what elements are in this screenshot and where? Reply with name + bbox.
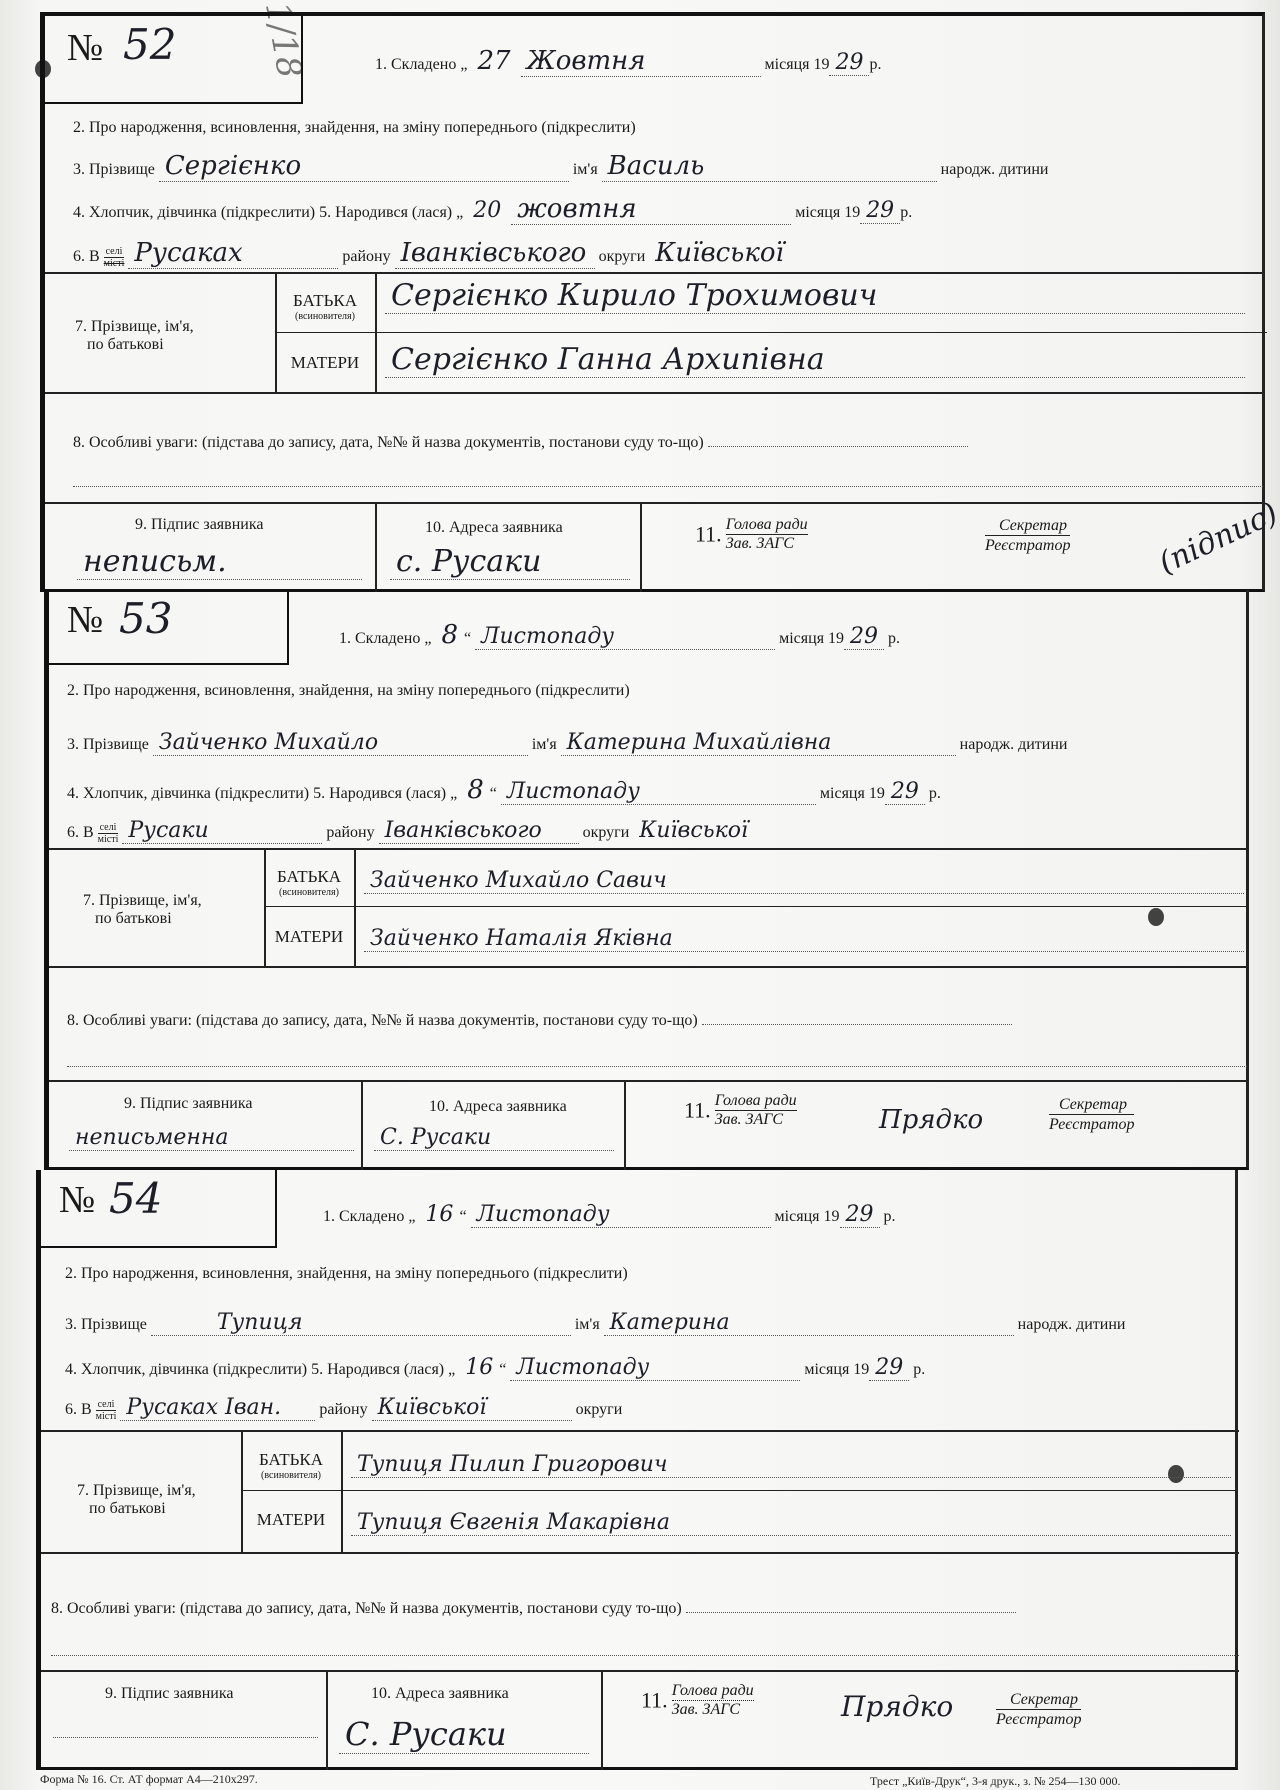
child-first-name: Катерина <box>604 1310 736 1335</box>
official-signature: Прядко <box>841 1690 953 1723</box>
form-footer-left: Форма № 16. Ст. АТ формат А4—210x297. <box>40 1772 258 1787</box>
applicant-signature-label: 9. Підпис заявника <box>105 1685 233 1703</box>
district: Іванківського <box>379 818 548 843</box>
compiled-year: 29 <box>829 50 869 76</box>
village: Русаки <box>122 818 214 843</box>
official-block: 11. Голова радиЗав. ЗАГС <box>695 516 808 553</box>
born-day: 20 <box>467 198 507 223</box>
record-number: 53 <box>119 594 172 643</box>
compiled-day: 8 <box>435 620 464 650</box>
father-label: БАТЬКА (всиновителя) <box>266 867 352 898</box>
official-signature: (підпис) <box>1154 496 1280 581</box>
official-block: 11. Голова радиЗав. ЗАГС <box>684 1092 797 1129</box>
father-label: БАТЬКА (всиновителя) <box>277 291 373 322</box>
field-sex-birth: 4. Хлопчик, дівчинка (підкреслити) 5. На… <box>65 1355 925 1381</box>
okrug: Київської <box>649 238 790 268</box>
mother-name: Тупиця Євгенія Макарівна <box>351 1510 1231 1536</box>
born-year: 29 <box>869 1355 909 1381</box>
field-remarks: 8. Особливі уваги: (підстава до запису, … <box>67 1012 1012 1030</box>
record-number: 54 <box>109 1174 162 1223</box>
district: Київської <box>372 1395 493 1420</box>
child-first-name: Василь <box>602 151 711 181</box>
district: Іванківського <box>395 238 593 268</box>
born-day: 8 <box>461 775 490 805</box>
field-event-type: 2. Про народження, всиновлення, знайденн… <box>65 1265 628 1283</box>
number-sign: № <box>67 598 103 642</box>
mother-label: МАТЕРИ <box>243 1510 339 1530</box>
applicant-address: с. Русаки <box>390 544 630 580</box>
secretary-block: Секретар Реєстратор <box>996 1690 1081 1729</box>
applicant-address: С. Русаки <box>374 1125 614 1151</box>
child-surname: Тупиця <box>211 1310 309 1335</box>
field-names: 3. Прізвище Сергієнко ім'я Василь народж… <box>73 151 1048 182</box>
field-sex-birth: 4. Хлопчик, дівчинка (підкреслити) 5. На… <box>67 775 941 805</box>
father-name: Сергієнко Кирило Трохимович <box>385 278 1245 314</box>
record-number-box: № 54 <box>41 1170 277 1248</box>
compiled-month: Листопаду <box>475 624 620 649</box>
record-number-box: № 53 <box>49 590 289 665</box>
okrug: Київської <box>633 818 754 843</box>
born-month: Листопаду <box>510 1355 655 1380</box>
compiled-month: Листопаду <box>471 1202 616 1227</box>
mother-name: Сергієнко Ганна Архипівна <box>385 342 1245 378</box>
child-surname: Зайченко Михайло <box>153 730 384 755</box>
applicant-signature: неписьм. <box>77 544 362 580</box>
document-page: 1/18 № 52 1. Складено „ 27 Жовтня місяця… <box>0 0 1280 1790</box>
compiled-year: 29 <box>844 624 884 650</box>
form-footer-right: Трест „Київ-Друк“, 3-я друк., з. № 254—1… <box>870 1774 1120 1789</box>
compiled-day: 27 <box>471 46 516 76</box>
born-day: 16 <box>459 1355 499 1380</box>
record-number: 52 <box>123 20 176 69</box>
official-signature: Прядко <box>879 1105 983 1135</box>
field-compiled: 1. Складено „ 16“ Листопаду місяця 1929 … <box>323 1202 896 1228</box>
field-remarks: 8. Особливі уваги: (підстава до запису, … <box>51 1600 1016 1618</box>
child-first-name: Катерина Михайлівна <box>561 730 838 755</box>
applicant-signature-label: 9. Підпис заявника <box>135 516 263 534</box>
compiled-year: 29 <box>840 1202 880 1228</box>
okrug <box>622 1395 634 1420</box>
village: Русаках <box>128 238 248 268</box>
secretary-block: Секретар Реєстратор <box>985 516 1070 555</box>
mother-label: МАТЕРИ <box>277 353 373 373</box>
applicant-signature <box>53 1737 318 1738</box>
field-remarks: 8. Особливі уваги: (підстава до запису, … <box>73 434 968 452</box>
father-name: Зайченко Михайло Савич <box>364 868 1244 894</box>
mother-label: МАТЕРИ <box>266 927 352 947</box>
secretary-block: Секретар Реєстратор <box>1049 1095 1134 1134</box>
field-event-type: 2. Про народження, всиновлення, знайденн… <box>67 682 630 700</box>
applicant-address: С. Русаки <box>339 1715 589 1754</box>
father-name: Тупиця Пилип Григорович <box>351 1452 1231 1478</box>
mother-name: Зайченко Наталія Яківна <box>364 926 1244 952</box>
record-54: № 54 1. Складено „ 16“ Листопаду місяця … <box>36 1170 1238 1770</box>
field-sex-birth: 4. Хлопчик, дівчинка (підкреслити) 5. На… <box>73 194 912 225</box>
field-place: 6. В селімісті Русаках Іван. району Київ… <box>65 1395 634 1422</box>
applicant-signature: неписьменна <box>69 1125 354 1151</box>
father-label: БАТЬКА (всиновителя) <box>243 1450 339 1481</box>
field-compiled: 1. Складено „ 27 Жовтня місяця 1929р. <box>375 46 881 77</box>
applicant-address-label: 10. Адреса заявника <box>429 1098 567 1116</box>
official-block: 11. Голова радиЗав. ЗАГС <box>641 1682 754 1719</box>
compiled-month: Жовтня <box>521 46 652 76</box>
born-month: жовтня <box>511 194 642 224</box>
applicant-address-label: 10. Адреса заявника <box>425 519 563 537</box>
field-parents-label: 7. Прізвище, ім'я,по батькові <box>75 318 194 354</box>
field-compiled: 1. Складено „ 8“ Листопаду місяця 1929 р… <box>339 620 900 650</box>
number-sign: № <box>59 1178 95 1222</box>
village: Русаках Іван. <box>120 1395 287 1420</box>
field-parents-label: 7. Прізвище, ім'я,по батькові <box>77 1482 196 1518</box>
born-year: 29 <box>885 779 925 805</box>
record-52: № 52 1. Складено „ 27 Жовтня місяця 1929… <box>40 12 1265 592</box>
field-parents-label: 7. Прізвище, ім'я,по батькові <box>83 892 202 928</box>
field-names: 3. Прізвище Зайченко Михайло ім'я Катери… <box>67 730 1067 756</box>
field-names: 3. Прізвище Тупиця ім'я Катерина народж.… <box>65 1310 1125 1336</box>
compiled-day: 16 <box>419 1202 459 1227</box>
field-place: 6. В селімісті Русаки району Іванківсько… <box>67 818 754 845</box>
record-number-box: № 52 <box>45 16 303 104</box>
born-month: Листопаду <box>501 779 646 804</box>
born-year: 29 <box>860 198 900 224</box>
child-surname: Сергієнко <box>159 151 307 181</box>
field-place: 6. В селімісті Русаках району Іванківськ… <box>73 238 790 269</box>
applicant-signature-label: 9. Підпис заявника <box>124 1095 252 1113</box>
field-event-type: 2. Про народження, всиновлення, знайденн… <box>73 119 636 137</box>
number-sign: № <box>67 26 103 70</box>
record-53: № 53 1. Складено „ 8“ Листопаду місяця 1… <box>44 590 1249 1170</box>
applicant-address-label: 10. Адреса заявника <box>371 1685 509 1703</box>
